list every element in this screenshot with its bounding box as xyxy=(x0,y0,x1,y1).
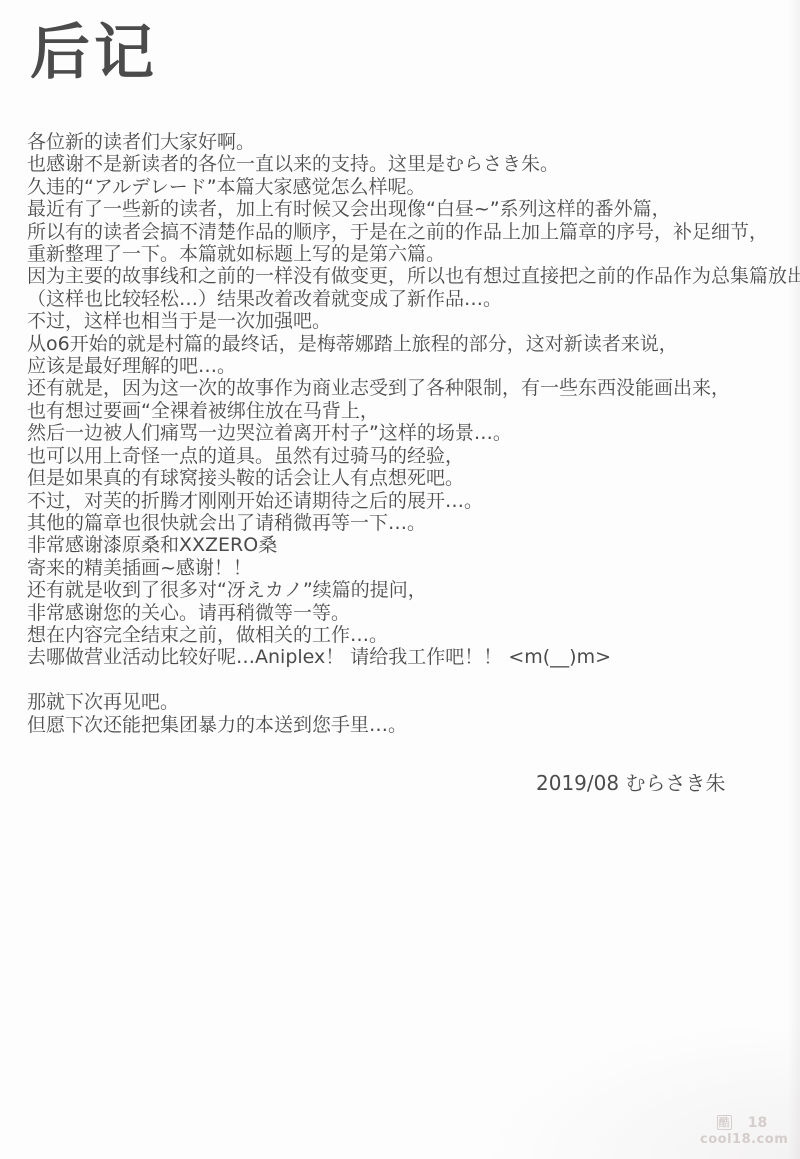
body-text-line: 各位新的读者们大家好啊。 xyxy=(27,131,787,153)
watermark-number: 18 xyxy=(748,1116,767,1130)
body-text-line: 应该是最好理解的吧…。 xyxy=(27,355,787,377)
site-watermark: 酷 18 cool18.com xyxy=(700,1115,784,1146)
body-text-line: 那就下次再见吧。 xyxy=(27,691,787,713)
watermark-badge-glyph: 酷 xyxy=(717,1115,732,1130)
body-text-line: 不过，对芙的折腾才刚刚开始还请期待之后的展开…。 xyxy=(27,490,787,512)
scanned-afterword-page: 后记 各位新的读者们大家好啊。也感谢不是新读者的各位一直以来的支持。这里是むらさ… xyxy=(0,0,800,1159)
page-title: 后记 xyxy=(30,20,158,86)
scan-edge-shadow xyxy=(788,0,800,1159)
body-text-line: 去哪做营业活动比较好呢…Aniplex！ 请给我工作吧！！ <m(__)m> xyxy=(27,646,787,668)
body-text-line: 然后一边被人们痛骂一边哭泣着离开村子”这样的场景…。 xyxy=(27,422,787,444)
body-text-line: 还有就是收到了很多对“冴えカノ”续篇的提问， xyxy=(27,579,787,601)
body-text-line: 久违的“アルデレード”本篇大家感觉怎么样呢。 xyxy=(27,176,787,198)
body-text-line: （这样也比较轻松…）结果改着改着就变成了新作品…。 xyxy=(27,288,787,310)
body-text-line: 也可以用上奇怪一点的道具。虽然有过骑马的经验， xyxy=(27,445,787,467)
body-text-line: 其他的篇章也很快就会出了请稍微再等一下…。 xyxy=(27,512,787,534)
body-text-line: 寄来的精美插画~感谢！！ xyxy=(27,557,787,579)
signature-date: 2019/08 むらさき朱 xyxy=(536,767,725,796)
body-text-line: 想在内容完全结束之前，做相关的工作…。 xyxy=(27,624,787,646)
body-text-line: 重新整理了一下。本篇就如标题上写的是第六篇。 xyxy=(27,243,787,265)
body-text-line xyxy=(27,669,787,691)
body-text-line: 但是如果真的有球窝接头鞍的话会让人有点想死吧。 xyxy=(27,467,787,489)
body-text-line: 因为主要的故事线和之前的一样没有做变更，所以也有想过直接把之前的作品作为总集篇放… xyxy=(27,265,787,287)
body-text-line: 不过，这样也相当于是一次加强吧。 xyxy=(27,310,787,332)
watermark-top-row: 酷 18 xyxy=(700,1115,784,1130)
watermark-site-url: cool18.com xyxy=(700,1133,784,1146)
body-text-line: 非常感谢您的关心。请再稍微等一等。 xyxy=(27,602,787,624)
body-text-line: 非常感谢漆原桑和XXZERO桑 xyxy=(27,534,787,556)
body-text-line: 还有就是，因为这一次的故事作为商业志受到了各种限制，有一些东西没能画出来， xyxy=(27,377,787,399)
body-text-line: 也感谢不是新读者的各位一直以来的支持。这里是むらさき朱。 xyxy=(27,153,787,175)
body-text-line: 从o6开始的就是村篇的最终话，是梅蒂娜踏上旅程的部分，这对新读者来说， xyxy=(27,333,787,355)
body-text-line: 也有想过要画“全裸着被绑住放在马背上， xyxy=(27,400,787,422)
afterword-body-text: 各位新的读者们大家好啊。也感谢不是新读者的各位一直以来的支持。这里是むらさき朱。… xyxy=(27,131,787,736)
body-text-line: 所以有的读者会搞不清楚作品的顺序，于是在之前的作品上加上篇章的序号，补足细节， xyxy=(27,221,787,243)
body-text-line: 最近有了一些新的读者，加上有时候又会出现像“白昼~”系列这样的番外篇， xyxy=(27,198,787,220)
body-text-line: 但愿下次还能把集团暴力的本送到您手里…。 xyxy=(27,714,787,736)
